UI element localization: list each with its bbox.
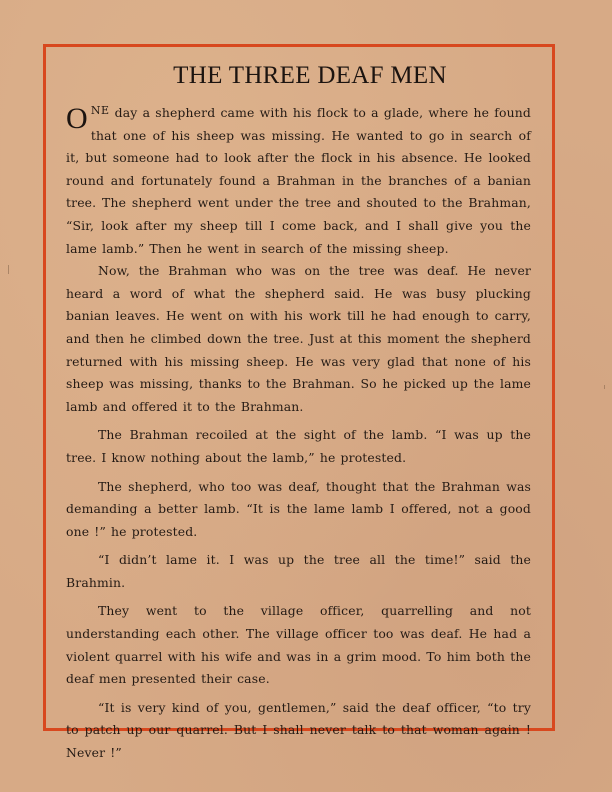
- paragraph-2: Now, the Brahman who was on the tree was…: [66, 260, 531, 418]
- small-caps-opening: NE: [91, 104, 110, 117]
- paragraph-1: ONE day a shepherd came with his flock t…: [66, 100, 531, 260]
- drop-cap-letter: O: [66, 106, 89, 132]
- paragraph-6: They went to the village officer, quarre…: [66, 600, 531, 690]
- paper-speck: [8, 265, 9, 274]
- paragraph-7: “It is very kind of you, gentlemen,” sai…: [66, 697, 531, 765]
- story-body: ONE day a shepherd came with his flock t…: [66, 100, 531, 765]
- paragraph-3: The Brahman recoiled at the sight of the…: [66, 424, 531, 469]
- story-title: THE THREE DEAF MEN: [0, 62, 612, 90]
- paper-speck: [604, 385, 605, 389]
- book-page: THE THREE DEAF MEN ONE day a shepherd ca…: [0, 0, 612, 792]
- paragraph-5: “I didn’t lame it. I was up the tree all…: [66, 549, 531, 594]
- paragraph-4: The shepherd, who too was deaf, thought …: [66, 476, 531, 544]
- paragraph-1-text: day a shepherd came with his flock to a …: [66, 105, 531, 256]
